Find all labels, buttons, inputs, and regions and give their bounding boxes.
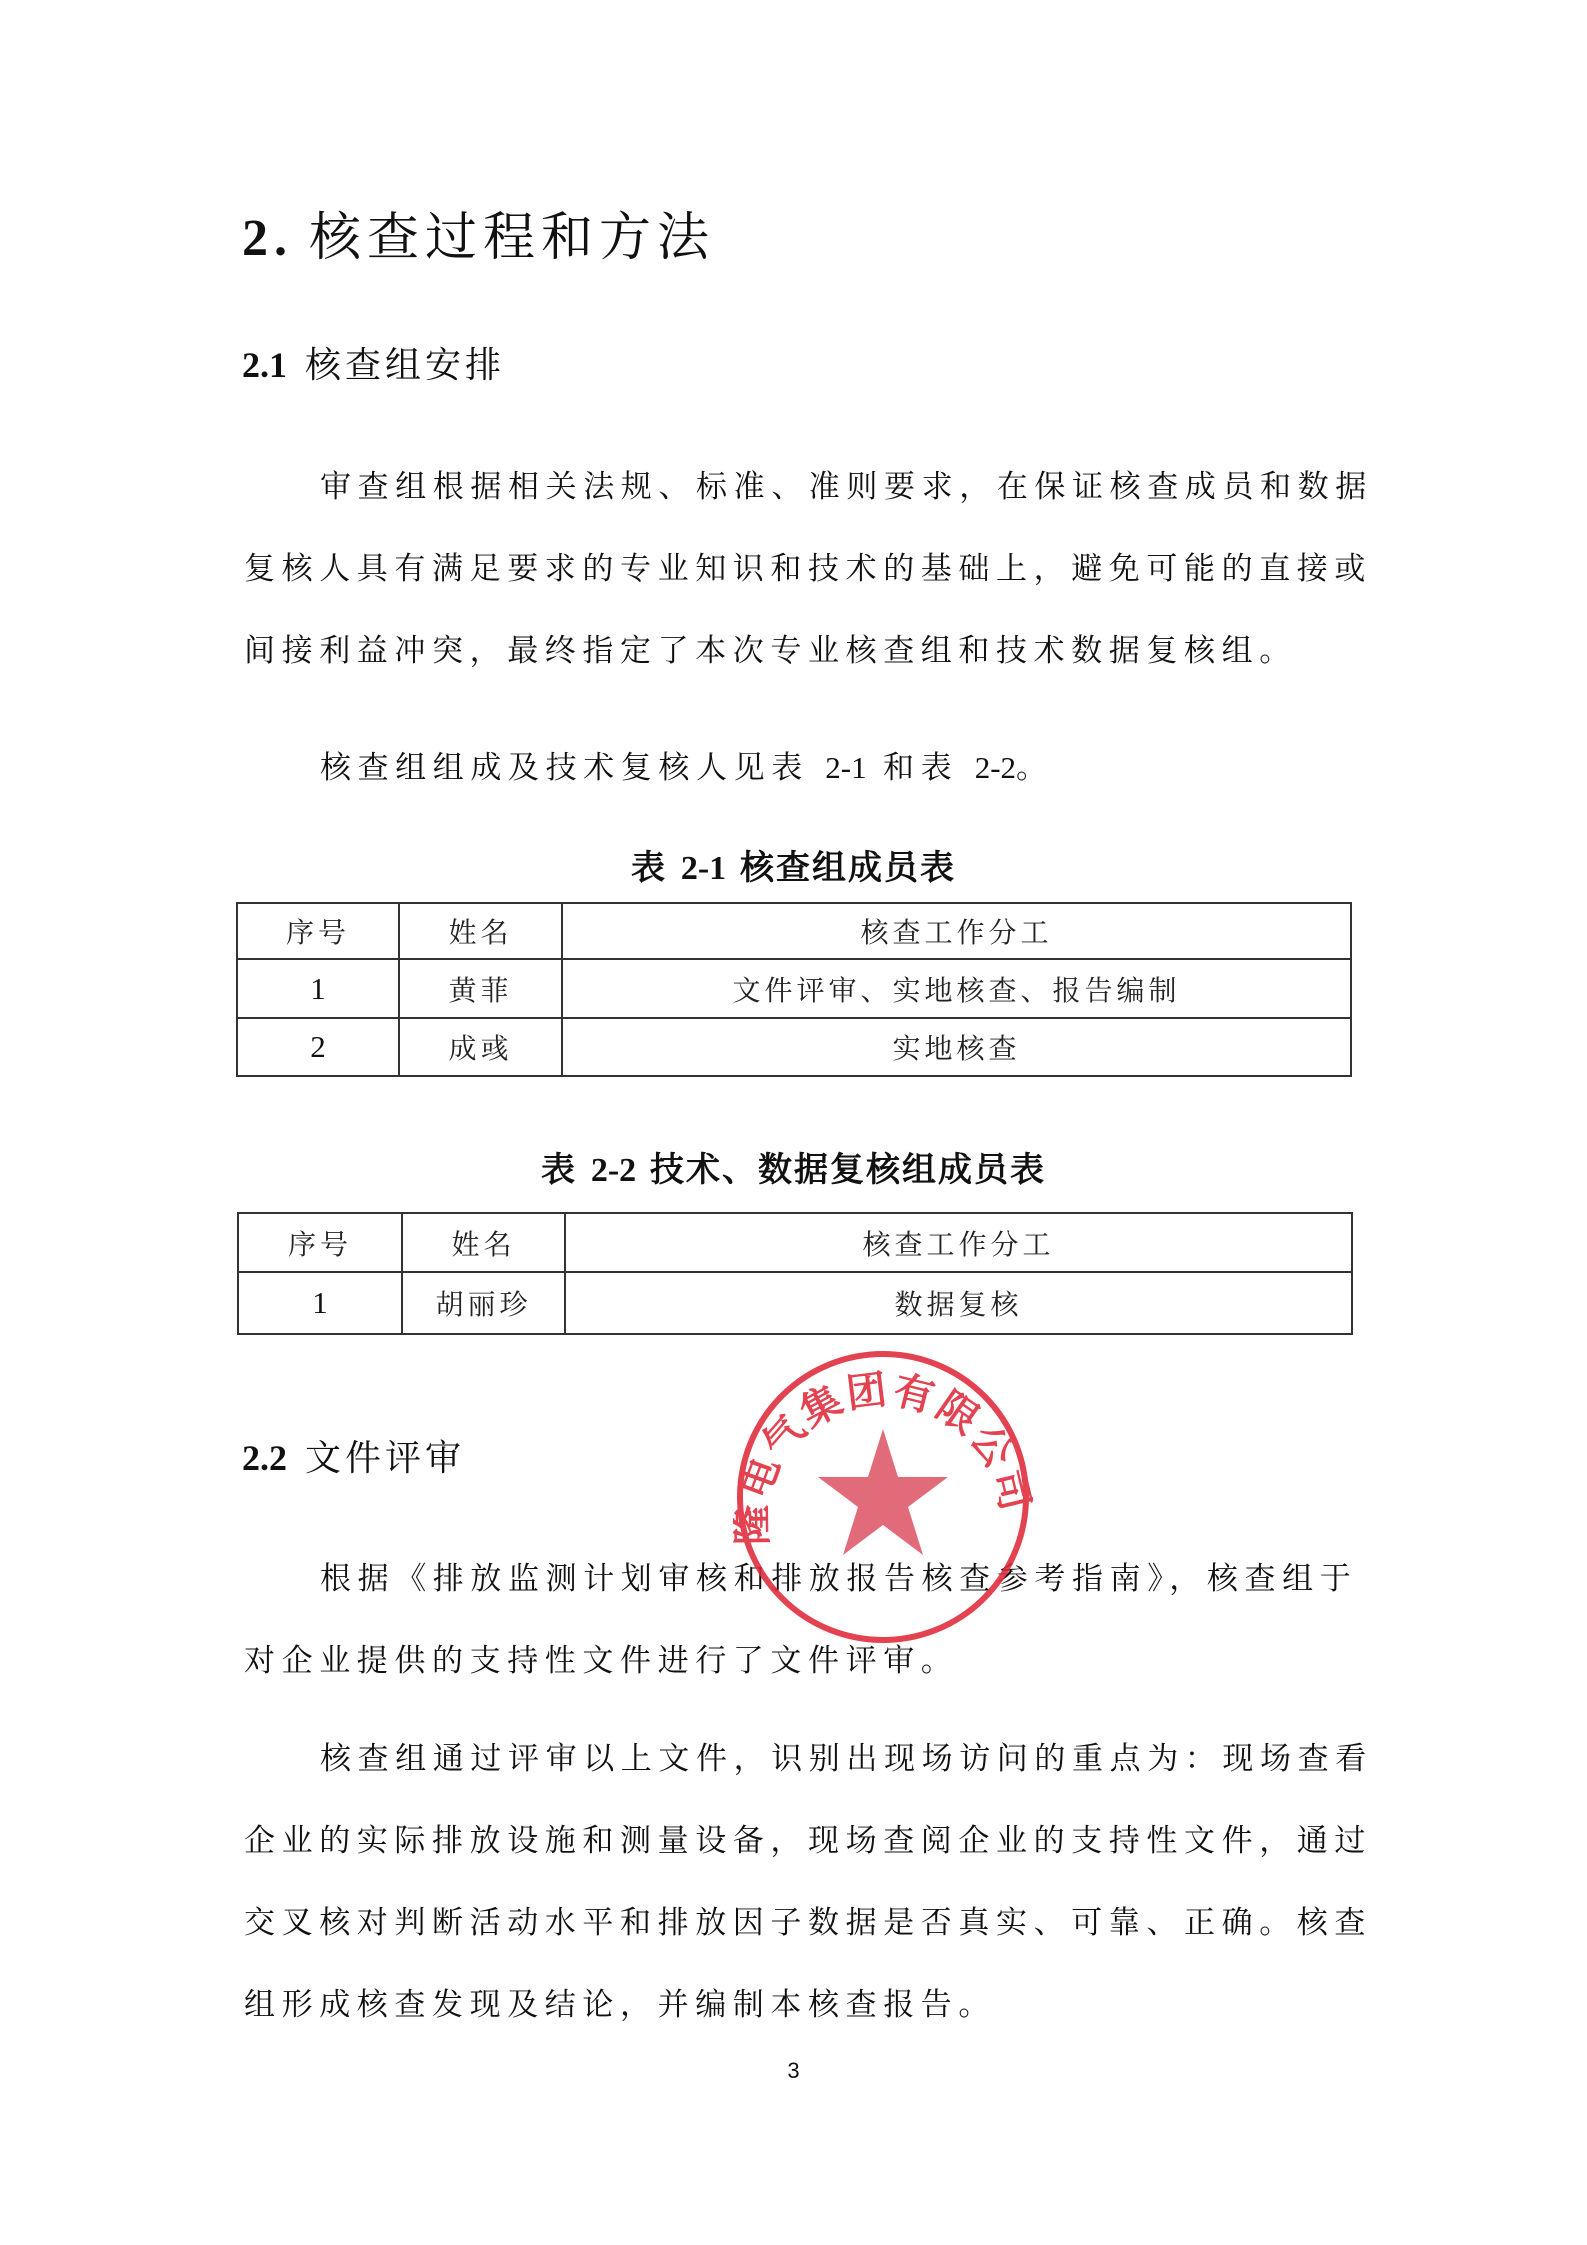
section-title: 核查过程和方法 — [309, 208, 715, 268]
header-cell-name: 姓名 — [399, 903, 562, 959]
paragraph-line: 对企业提供的支持性文件进行了文件评审。 — [244, 1620, 1384, 1702]
header-cell-name: 姓名 — [402, 1213, 565, 1272]
paragraph-line: 交叉核对判断活动水平和排放因子数据是否真实、可靠、正确。核查 — [244, 1882, 1384, 1964]
caption-prefix: 表 — [631, 848, 681, 888]
paragraph-document-review: 根据《排放监测计划审核和排放报告核查参考指南》，核查组于 对企业提供的支持性文件… — [244, 1538, 1384, 1702]
cell-name: 黄菲 — [399, 959, 562, 1018]
header-cell-index: 序号 — [238, 1213, 402, 1272]
table-2-1-team-members: 序号 姓名 核查工作分工 1 黄菲 文件评审、实地核查、报告编制 2 成彧 实地… — [236, 902, 1352, 1077]
caption-number: 2-2 — [591, 1152, 636, 1189]
svg-text:隆电气集团有限公司: 隆电气集团有限公司 — [733, 1366, 1033, 1545]
text: 和表 — [867, 750, 975, 786]
table-row: 2 成彧 实地核查 — [237, 1018, 1351, 1076]
table-row: 1 黄菲 文件评审、实地核查、报告编制 — [237, 959, 1351, 1018]
header-cell-duty: 核查工作分工 — [565, 1213, 1352, 1272]
cell-name: 胡丽珍 — [402, 1272, 565, 1334]
page-number: 3 — [0, 2058, 1587, 2084]
table-row: 1 胡丽珍 数据复核 — [238, 1272, 1352, 1334]
subsection-heading-2-1: 2.1核查组安排 — [242, 343, 505, 388]
table-ref-2-2: 2-2 — [975, 750, 1016, 785]
caption-title: 技术、数据复核组成员表 — [636, 1150, 1046, 1190]
subsection-number: 2.1 — [242, 345, 287, 385]
paragraph-review-focus: 核查组通过评审以上文件，识别出现场访问的重点为：现场查看 企业的实际排放设施和测… — [244, 1718, 1384, 2046]
cell-duty: 实地核查 — [562, 1018, 1351, 1076]
paragraph-line: 组形成核查发现及结论，并编制本核查报告。 — [244, 1964, 1384, 2046]
subsection-title: 核查组安排 — [305, 345, 505, 386]
table-ref-2-1: 2-1 — [825, 750, 866, 785]
cell-index: 1 — [237, 959, 399, 1018]
paragraph-line: 企业的实际排放设施和测量设备，现场查阅企业的支持性文件，通过 — [244, 1800, 1384, 1882]
section-heading: 2.核查过程和方法 — [242, 206, 715, 271]
subsection-heading-2-2: 2.2文件评审 — [242, 1436, 465, 1481]
subsection-title: 文件评审 — [305, 1438, 465, 1479]
cell-duty: 文件评审、实地核查、报告编制 — [562, 959, 1351, 1018]
subsection-number: 2.2 — [242, 1438, 287, 1478]
cell-index: 1 — [238, 1272, 402, 1334]
section-number: 2. — [242, 210, 293, 267]
cell-duty: 数据复核 — [565, 1272, 1352, 1334]
paragraph-line: 核查组通过评审以上文件，识别出现场访问的重点为：现场查看 — [244, 1718, 1384, 1800]
header-cell-duty: 核查工作分工 — [562, 903, 1351, 959]
stamp-text: 隆电气集团有限公司 — [733, 1366, 1033, 1545]
paragraph-table-reference: 核查组组成及技术复核人见表 2-1 和表 2-2。 — [244, 727, 1384, 809]
cell-name: 成彧 — [399, 1018, 562, 1076]
cell-index: 2 — [237, 1018, 399, 1076]
table-caption-2-2: 表 2-2 技术、数据复核组成员表 — [0, 1148, 1587, 1193]
text: 核查组组成及技术复核人见表 — [320, 750, 825, 786]
table-header-row: 序号 姓名 核查工作分工 — [238, 1213, 1352, 1272]
caption-prefix: 表 — [541, 1150, 591, 1190]
caption-number: 2-1 — [681, 850, 726, 887]
paragraph-line: 根据《排放监测计划审核和排放报告核查参考指南》，核查组于 — [244, 1538, 1384, 1620]
paragraph-line: 复核人具有满足要求的专业知识和技术的基础上，避免可能的直接或 — [244, 528, 1384, 610]
table-header-row: 序号 姓名 核查工作分工 — [237, 903, 1351, 959]
paragraph-line: 审查组根据相关法规、标准、准则要求，在保证核查成员和数据 — [244, 446, 1384, 528]
table-2-2-review-members: 序号 姓名 核查工作分工 1 胡丽珍 数据复核 — [237, 1212, 1353, 1335]
paragraph-team-arrangement: 审查组根据相关法规、标准、准则要求，在保证核查成员和数据 复核人具有满足要求的专… — [244, 446, 1384, 692]
paragraph-line: 间接利益冲突，最终指定了本次专业核查组和技术数据复核组。 — [244, 610, 1384, 692]
caption-title: 核查组成员表 — [726, 848, 956, 888]
header-cell-index: 序号 — [237, 903, 399, 959]
text: 。 — [1016, 750, 1054, 786]
table-caption-2-1: 表 2-1 核查组成员表 — [0, 846, 1587, 891]
paragraph-line: 核查组组成及技术复核人见表 2-1 和表 2-2。 — [244, 727, 1384, 809]
